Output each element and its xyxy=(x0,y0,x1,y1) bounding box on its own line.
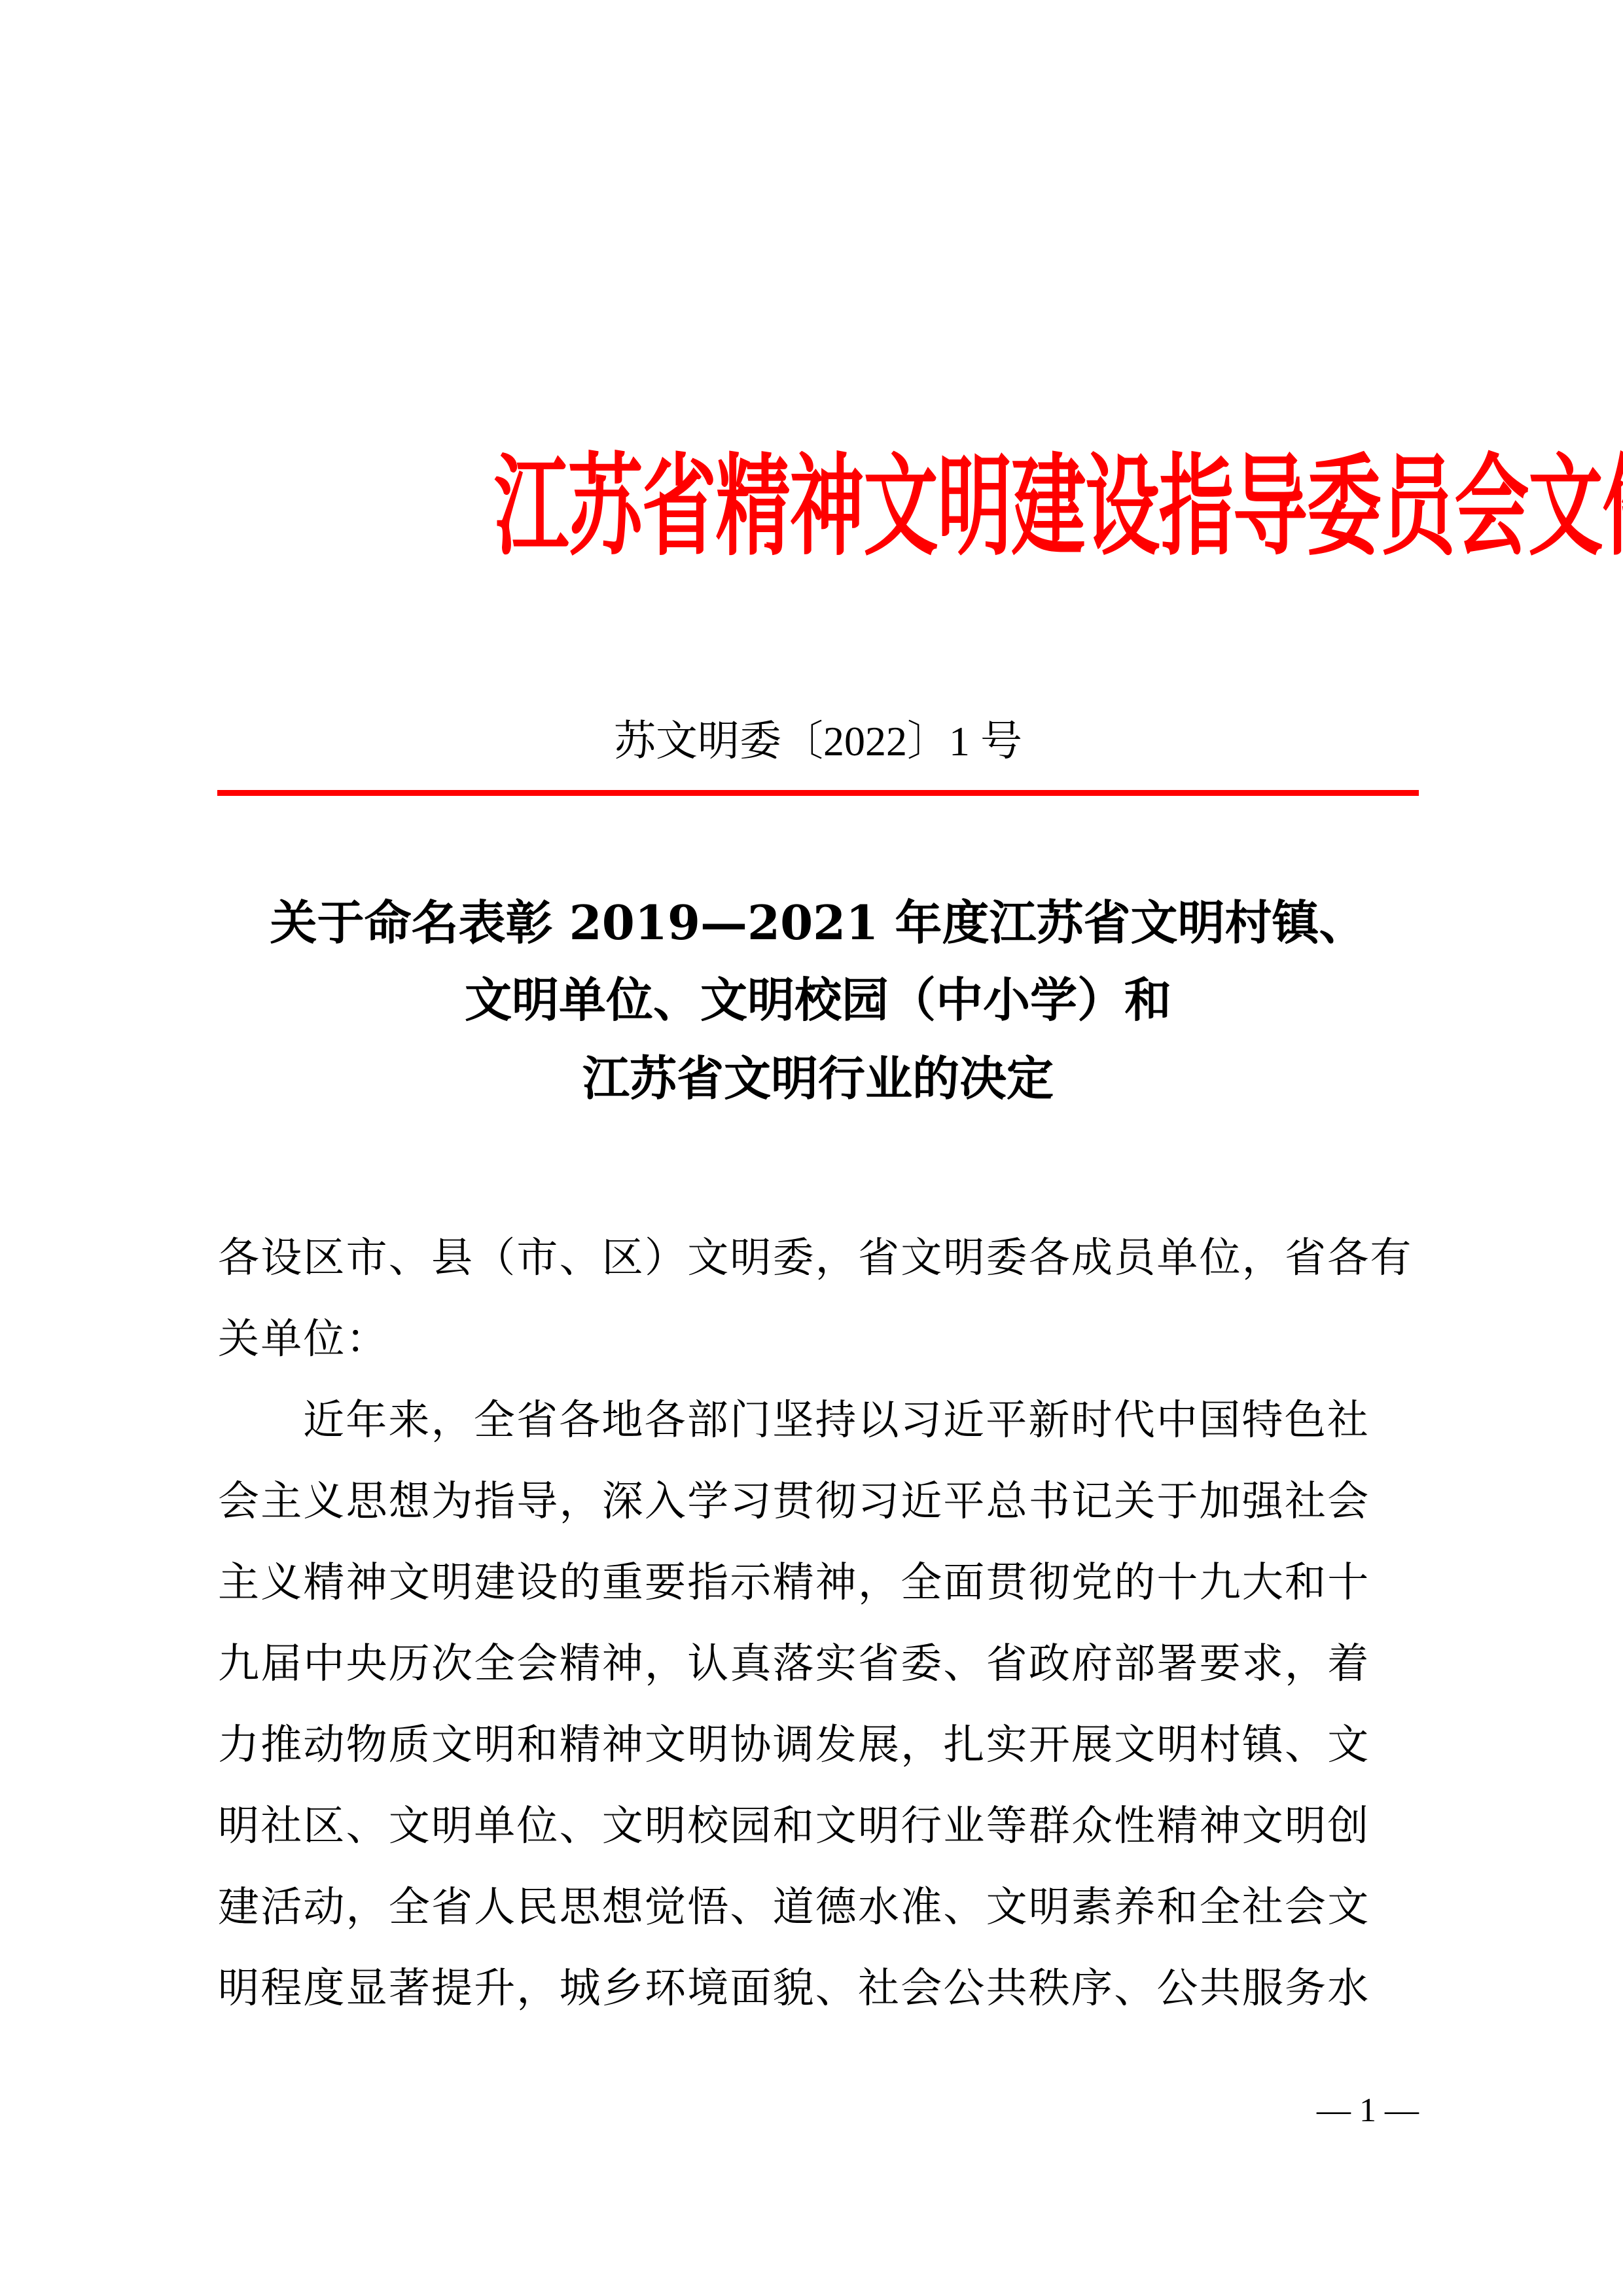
body-paragraph-line-3: 主义精神文明建设的重要指示精神，全面贯彻党的十九大和十 xyxy=(218,1556,1422,1609)
issuer-title-text: 江苏省精神文明建设指导委员会文件 xyxy=(494,437,1623,575)
salutation-line-1: 各设区市、县（市、区）文明委，省文明委各成员单位，省各有 xyxy=(218,1232,1422,1284)
document-heading-line-1: 关于命名表彰 2019—2021 年度江苏省文明村镇、 xyxy=(196,890,1440,956)
page-number: — 1 — xyxy=(1283,2091,1453,2130)
issuer-title: 江苏省精神文明建设指导委员会文件 xyxy=(216,437,1420,575)
document-heading-line-3: 江苏省文明行业的决定 xyxy=(196,1046,1440,1111)
body-paragraph-line-8: 明程度显著提升，城乡环境面貌、社会公共秩序、公共服务水 xyxy=(218,1962,1422,2015)
body-paragraph-line-6: 明社区、文明单位、文明校园和文明行业等群众性精神文明创 xyxy=(218,1800,1422,1852)
body-paragraph-line-4: 九届中央历次全会精神，认真落实省委、省政府部署要求，着 xyxy=(218,1638,1422,1690)
document-number: 苏文明委〔2022〕1 号 xyxy=(216,712,1420,771)
document-heading-line-2: 文明单位、文明校园（中小学）和 xyxy=(196,967,1440,1033)
salutation-line-2: 关单位： xyxy=(218,1313,1422,1365)
red-separator-rule xyxy=(217,790,1419,796)
body-paragraph-line-1: 近年来，全省各地各部门坚持以习近平新时代中国特色社 xyxy=(303,1394,1507,1446)
document-page: 江苏省精神文明建设指导委员会文件 苏文明委〔2022〕1 号 关于命名表彰 20… xyxy=(0,0,1623,2296)
body-paragraph-line-7: 建活动，全省人民思想觉悟、道德水准、文明素养和全社会文 xyxy=(218,1881,1422,1933)
body-paragraph-line-2: 会主义思想为指导，深入学习贯彻习近平总书记关于加强社会 xyxy=(218,1475,1422,1528)
body-paragraph-line-5: 力推动物质文明和精神文明协调发展，扎实开展文明村镇、文 xyxy=(218,1719,1422,1771)
